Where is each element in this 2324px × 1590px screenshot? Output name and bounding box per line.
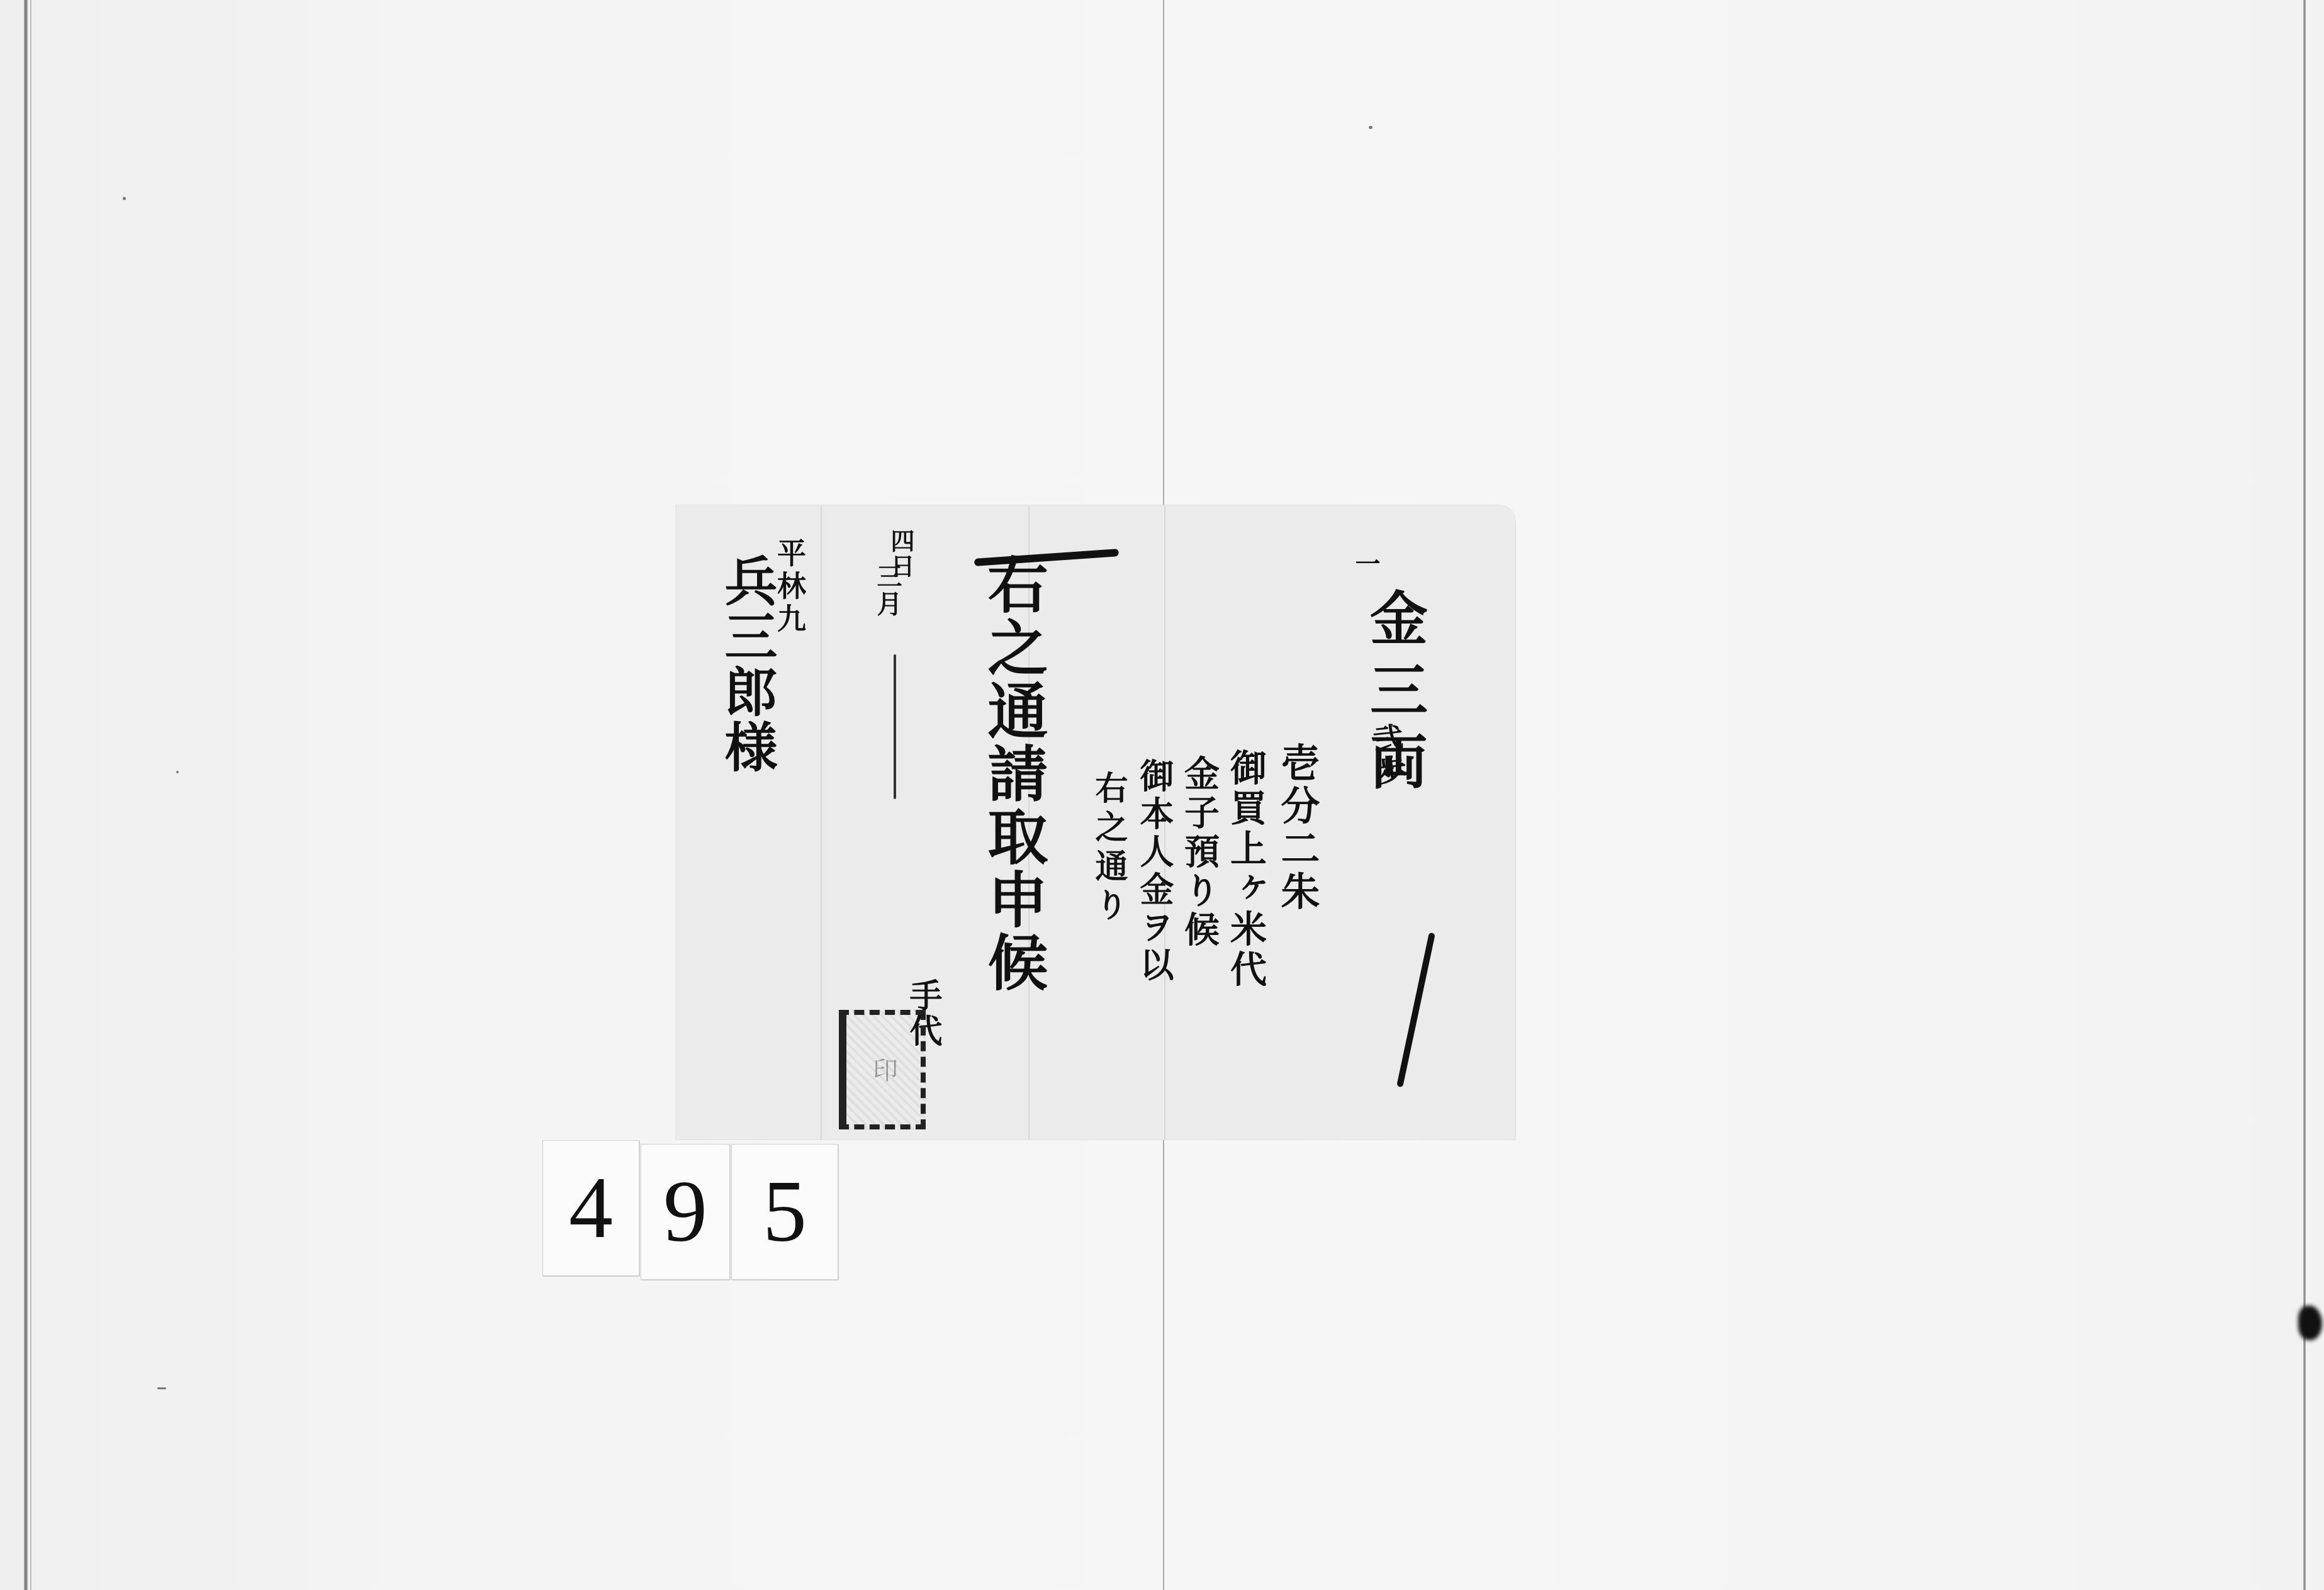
paper-fold: [821, 505, 822, 1139]
speck: [157, 1387, 166, 1389]
receipt-statement: 右之通請取申候: [983, 554, 1043, 994]
board-edge-left: [24, 0, 28, 1590]
amount-annotation: 弐歩: [1369, 722, 1405, 787]
amount-detail: 壱分二朱: [1277, 742, 1316, 914]
catalog-digit: 9: [641, 1144, 730, 1280]
ink-blot: [2298, 1306, 2322, 1340]
speck: [176, 771, 179, 773]
catalog-number: 4 9 5: [542, 1140, 838, 1280]
speck: [123, 197, 126, 200]
date-month: 三月: [875, 563, 900, 619]
body-line-3: 御本人金ヲ以: [1138, 758, 1172, 985]
body-line-4: 右之通り: [1092, 771, 1125, 927]
catalog-digit: 4: [542, 1140, 639, 1276]
board-edge-right: [2303, 0, 2306, 1590]
body-line-2: 金子預り候: [1182, 755, 1217, 950]
board-edge-left-inner: [30, 0, 31, 1590]
brush-stroke: [894, 654, 896, 799]
catalog-digit: 5: [731, 1144, 838, 1280]
seal-stamp: 印: [839, 1010, 926, 1129]
body-line-1: 御買上ヶ米代: [1227, 749, 1264, 990]
recipient-prefix: 平林九: [775, 538, 804, 636]
list-mark: 一: [1353, 551, 1378, 579]
speck: [1369, 126, 1373, 129]
recipient-name: 兵三郎様: [721, 554, 773, 775]
